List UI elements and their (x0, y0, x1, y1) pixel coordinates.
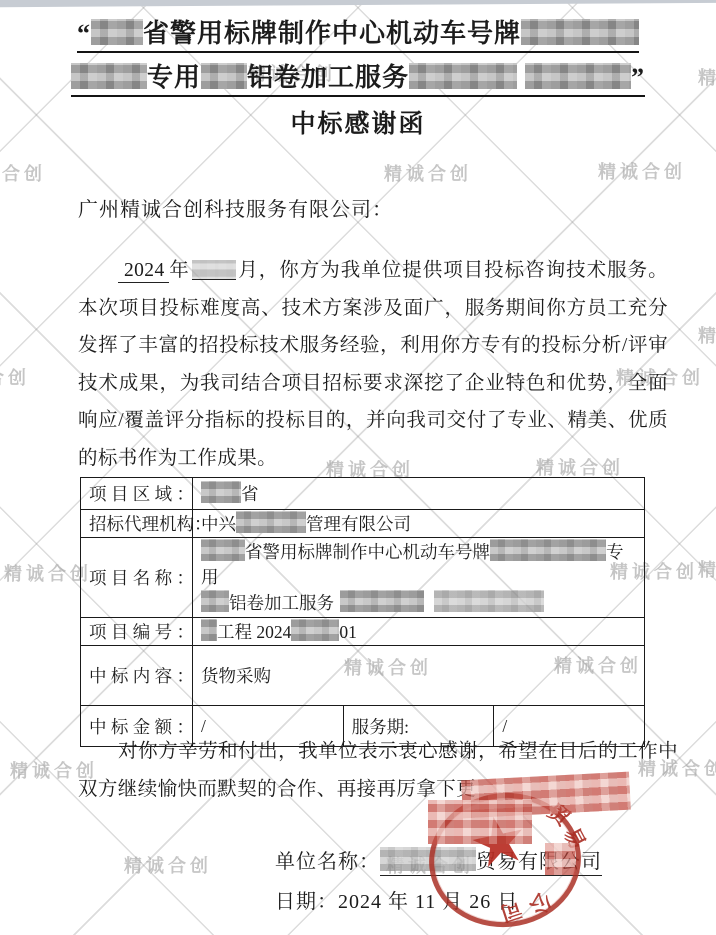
year-value: 2024 (118, 260, 169, 283)
row-value: 货物采购 (193, 646, 645, 706)
title-line-2: 专用铝卷加工服务” (0, 57, 716, 94)
project-number-prefix: 工程 2024 (217, 622, 291, 642)
project-name-text-2: 铝卷加工服务 (229, 593, 334, 613)
bid-info-table: 项 目 区 域 ： 省 招标代理机构： 中兴管理有限公司 项 目 名 称 ： 省… (80, 477, 645, 747)
redaction-blur (201, 619, 217, 641)
table-row-region: 项 目 区 域 ： 省 (81, 478, 645, 510)
row-value: 中兴管理有限公司 (193, 510, 645, 538)
signature-org-line: 单位名称：贸易有限公司 (275, 845, 602, 874)
watermark-text: 精诚合创 (384, 160, 472, 186)
date-value: 2024 年 11 月 26 日 (338, 891, 518, 913)
paragraph-1-text: 月，你方为我单位提供项目投标咨询技术服务。本次项目投标难度高、技术方案涉及面广，… (78, 260, 668, 469)
signature-date-line: 日期：2024 年 11 月 26 日 (275, 885, 518, 914)
redaction-blur (434, 590, 544, 612)
salutation: 广州精诚合创科技服务有限公司： (78, 193, 393, 222)
date-label: 日期： (275, 891, 338, 913)
table-row-project-number: 项 目 编 号 ： 工程 202401 (81, 618, 645, 646)
title-line-1: “省警用标牌制作中心机动车号牌 (0, 13, 716, 50)
project-number-suffix: 01 (339, 622, 357, 642)
watermark-text: 精诚合创 (124, 852, 212, 878)
redaction-blur (525, 63, 631, 89)
title-close-quote: ” (631, 63, 645, 92)
agency-suffix: 管理有限公司 (306, 514, 411, 534)
title-line2-pre: 专用 (147, 63, 201, 92)
document-page: 精诚合创精诚合创精诚合创精诚合创精诚合创精诚合创精诚合创精诚合创精诚合创精诚合创… (0, 0, 716, 935)
row-label: 中 标 内 容 ： (81, 646, 193, 706)
seal-redaction-blur (428, 800, 532, 844)
title-open-quote: “ (77, 19, 91, 48)
table-row-agency: 招标代理机构： 中兴管理有限公司 (81, 510, 645, 538)
watermark-text: 精诚合创 (0, 160, 46, 186)
watermark-text: 精诚合创 (4, 560, 92, 586)
scan-edge-artifact (0, 0, 716, 7)
redaction-blur (71, 63, 147, 89)
org-value: 贸易有限公司 (476, 851, 602, 873)
redaction-blur (490, 539, 606, 561)
row-value: 省警用标牌制作中心机动车号牌专用 铝卷加工服务 (193, 538, 645, 618)
month-redaction-blank (192, 260, 236, 280)
row-label: 招标代理机构： (81, 510, 193, 538)
redaction-blur (201, 63, 247, 89)
table-row-project-name: 项 目 名 称 ： 省警用标牌制作中心机动车号牌专用 铝卷加工服务 (81, 538, 645, 618)
redaction-blur (201, 539, 245, 561)
redaction-blur (91, 19, 143, 45)
redaction-blur (380, 847, 476, 871)
year-suffix: 年 (169, 260, 190, 281)
seal-char: 公 (523, 886, 560, 921)
body-paragraph-1: 2024年月，你方为我单位提供项目投标咨询技术服务。本次项目投标难度高、技术方案… (78, 252, 668, 477)
title-line1-text: 省警用标牌制作中心机动车号牌 (143, 19, 521, 48)
project-name-line-1: 省警用标牌制作中心机动车号牌专用 (201, 539, 636, 590)
agency-prefix: 中兴 (201, 514, 236, 534)
region-value: 省 (241, 484, 259, 504)
table-row-content: 中 标 内 容 ： 货物采购 (81, 646, 645, 706)
project-name-line-2: 铝卷加工服务 (201, 590, 636, 616)
redaction-blur (201, 590, 229, 612)
redaction-blur (521, 19, 639, 45)
watermark-text: 精诚合创 (698, 322, 716, 348)
redaction-blur (201, 481, 241, 503)
watermark-text: 精诚合创 (698, 556, 716, 582)
row-label: 项 目 区 域 ： (81, 478, 193, 510)
redaction-blur (340, 590, 424, 612)
row-label: 项 目 名 称 ： (81, 538, 193, 618)
redaction-blur (409, 63, 517, 89)
redaction-blur (291, 619, 339, 641)
row-value: 省 (193, 478, 645, 510)
org-label: 单位名称： (275, 851, 380, 873)
row-value: 工程 202401 (193, 618, 645, 646)
watermark-text: 精诚合创 (0, 364, 30, 390)
document-type-heading: 中标感谢函 (0, 104, 716, 140)
redaction-blur (236, 511, 306, 533)
project-name-text: 省警用标牌制作中心机动车号牌 (245, 542, 490, 562)
title-line2-mid: 铝卷加工服务 (247, 63, 409, 92)
row-label: 项 目 编 号 ： (81, 618, 193, 646)
watermark-text: 精诚合创 (598, 158, 686, 184)
